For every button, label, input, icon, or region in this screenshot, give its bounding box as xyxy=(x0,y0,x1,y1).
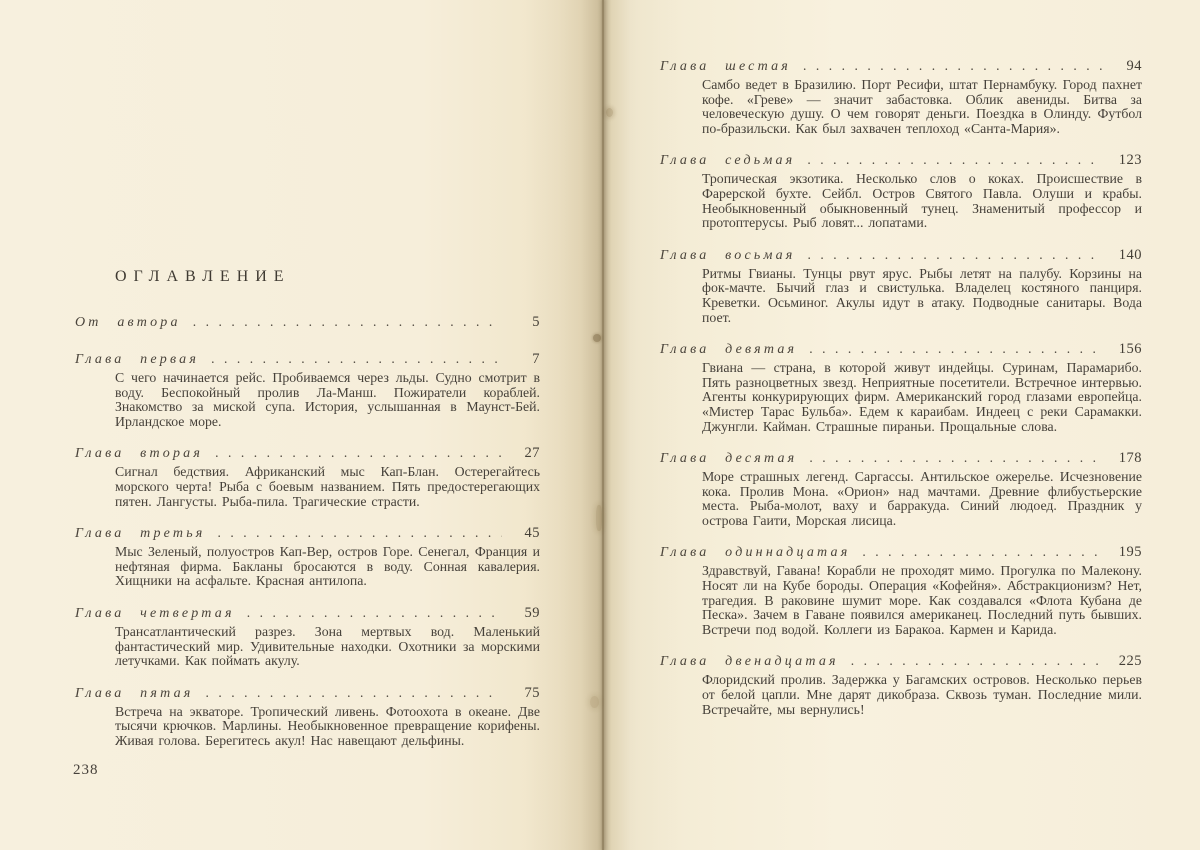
chapter-page-number: 59 xyxy=(506,605,540,622)
toc-entry: От автора...............................… xyxy=(75,314,540,331)
chapter-title: Глава шестая xyxy=(660,59,791,75)
chapter-description: Трансатлантический разрез. Зона мертвых … xyxy=(115,625,540,669)
chapter-description: Сигнал бедствия. Африканский мыс Кап-Бла… xyxy=(115,465,540,509)
dot-leader: ........................................… xyxy=(809,341,1104,357)
dot-leader: ........................................… xyxy=(807,152,1104,168)
toc-heading: ОГЛАВЛЕНИЕ xyxy=(115,268,540,286)
toc-entry-title-row: Глава пятая.............................… xyxy=(75,685,540,702)
chapter-page-number: 45 xyxy=(506,525,540,542)
toc-entry: Глава третья............................… xyxy=(75,525,540,589)
toc-entry: Глава двенадцатая.......................… xyxy=(660,653,1142,717)
chapter-title: Глава девятая xyxy=(660,342,797,358)
toc-entry-title-row: Глава первая............................… xyxy=(75,351,540,368)
dot-leader: ........................................… xyxy=(205,685,502,701)
toc-entry: Глава одиннадцатая......................… xyxy=(660,544,1142,637)
chapter-description: Тропическая экзотика. Несколько слов о к… xyxy=(702,172,1142,230)
chapter-page-number: 156 xyxy=(1108,341,1142,358)
toc-entry: Глава шестая............................… xyxy=(660,58,1142,136)
toc-entry-title-row: Глава вторая............................… xyxy=(75,445,540,462)
chapter-description: Здравствуй, Гавана! Корабли не проходят … xyxy=(702,564,1142,637)
chapter-title: Глава двенадцатая xyxy=(660,654,839,670)
dot-leader: ........................................… xyxy=(803,58,1104,74)
dot-leader: ........................................… xyxy=(862,544,1104,560)
toc-entry: Глава вторая............................… xyxy=(75,445,540,509)
toc-entry: Глава четвертая.........................… xyxy=(75,605,540,669)
chapter-page-number: 5 xyxy=(506,314,540,331)
chapter-page-number: 7 xyxy=(506,351,540,368)
toc-entry: Глава девятая...........................… xyxy=(660,341,1142,434)
toc-entry: Глава десятая...........................… xyxy=(660,450,1142,528)
toc-entry-title-row: Глава восьмая...........................… xyxy=(660,247,1142,264)
chapter-description: Ритмы Гвианы. Тунцы рвут ярус. Рыбы летя… xyxy=(702,267,1142,325)
dot-leader: ........................................… xyxy=(808,247,1105,263)
toc-entry-title-row: Глава четвертая.........................… xyxy=(75,605,540,622)
chapter-title: Глава седьмая xyxy=(660,153,795,169)
toc-entry: Глава восьмая...........................… xyxy=(660,247,1142,325)
book-spread: ОГЛАВЛЕНИЕ От автора....................… xyxy=(0,0,1200,850)
toc-entry-title-row: Глава одиннадцатая......................… xyxy=(660,544,1142,561)
chapter-title: Глава пятая xyxy=(75,686,193,702)
left-entries: От автора...............................… xyxy=(75,314,540,749)
toc-entry-title-row: Глава девятая...........................… xyxy=(660,341,1142,358)
chapter-description: Мыс Зеленый, полуостров Кап-Вер, остров … xyxy=(115,545,540,589)
dot-leader: ........................................… xyxy=(809,450,1104,466)
chapter-title: Глава четвертая xyxy=(75,606,235,622)
chapter-page-number: 195 xyxy=(1108,544,1142,561)
dot-leader: ........................................… xyxy=(218,525,502,541)
right-page: Глава шестая............................… xyxy=(600,0,1200,850)
toc-entry-title-row: От автора...............................… xyxy=(75,314,540,331)
chapter-title: Глава десятая xyxy=(660,451,797,467)
dot-leader: ........................................… xyxy=(215,445,502,461)
chapter-title: Глава третья xyxy=(75,526,206,542)
chapter-description: С чего начинается рейс. Пробиваемся чере… xyxy=(115,371,540,429)
chapter-page-number: 123 xyxy=(1108,152,1142,169)
left-page: ОГЛАВЛЕНИЕ От автора....................… xyxy=(0,0,600,850)
chapter-description: Море страшных легенд. Саргассы. Антильск… xyxy=(702,470,1142,528)
chapter-title: Глава вторая xyxy=(75,446,203,462)
chapter-description: Флоридский пролив. Задержка у Багамских … xyxy=(702,673,1142,717)
left-folio-page-number: 238 xyxy=(73,762,99,779)
chapter-title: От автора xyxy=(75,315,181,331)
toc-entry-title-row: Глава шестая............................… xyxy=(660,58,1142,75)
dot-leader: ........................................… xyxy=(247,605,502,621)
chapter-page-number: 94 xyxy=(1108,58,1142,75)
chapter-title: Глава одиннадцатая xyxy=(660,545,850,561)
chapter-page-number: 225 xyxy=(1108,653,1142,670)
chapter-page-number: 27 xyxy=(506,445,540,462)
toc-entry: Глава первая............................… xyxy=(75,351,540,429)
toc-entry-title-row: Глава третья............................… xyxy=(75,525,540,542)
chapter-description: Гвиана — страна, в которой живут индейцы… xyxy=(702,361,1142,434)
chapter-description: Встреча на экваторе. Тропический ливень.… xyxy=(115,705,540,749)
toc-entry-title-row: Глава десятая...........................… xyxy=(660,450,1142,467)
chapter-title: Глава восьмая xyxy=(660,248,796,264)
dot-leader: ........................................… xyxy=(211,351,502,367)
right-page-content: Глава шестая............................… xyxy=(600,0,1200,717)
chapter-page-number: 75 xyxy=(506,685,540,702)
toc-entry-title-row: Глава седьмая...........................… xyxy=(660,152,1142,169)
left-page-content: ОГЛАВЛЕНИЕ От автора....................… xyxy=(0,0,600,749)
dot-leader: ........................................… xyxy=(851,653,1104,669)
toc-entry: Глава седьмая...........................… xyxy=(660,152,1142,230)
chapter-title: Глава первая xyxy=(75,352,199,368)
dot-leader: ........................................… xyxy=(193,314,502,330)
right-entries: Глава шестая............................… xyxy=(660,58,1142,717)
toc-entry-title-row: Глава двенадцатая.......................… xyxy=(660,653,1142,670)
chapter-description: Самбо ведет в Бразилию. Порт Ресифи, шта… xyxy=(702,78,1142,136)
chapter-page-number: 140 xyxy=(1108,247,1142,264)
chapter-page-number: 178 xyxy=(1108,450,1142,467)
toc-entry: Глава пятая.............................… xyxy=(75,685,540,749)
